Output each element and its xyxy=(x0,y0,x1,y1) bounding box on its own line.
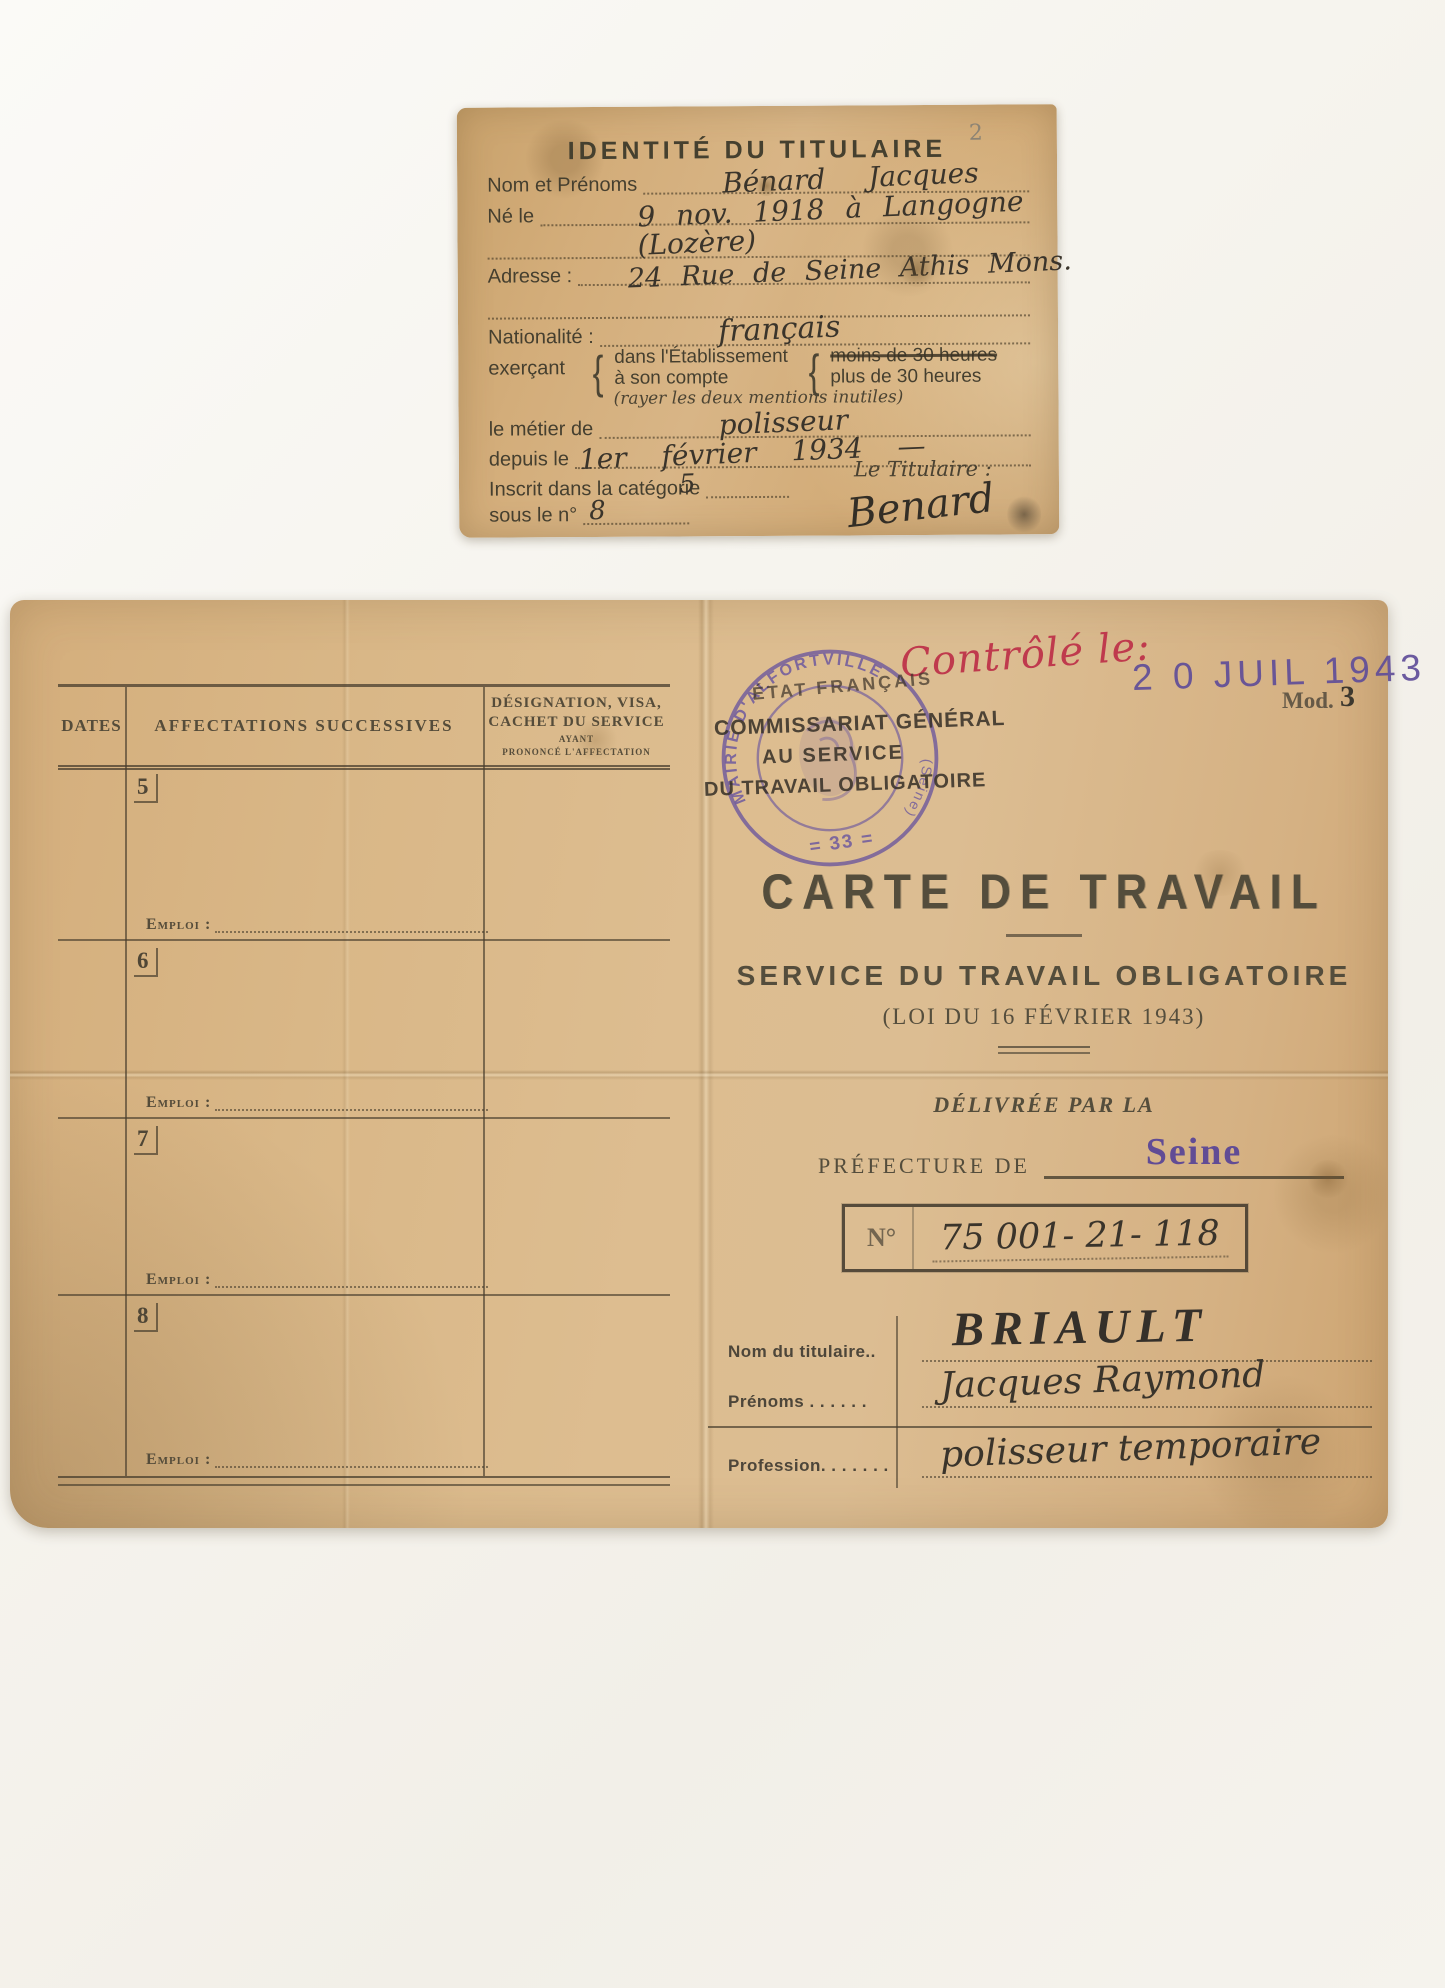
prefecture-line: Seine xyxy=(1044,1130,1344,1179)
emploi-line: Emploi : xyxy=(146,1272,488,1288)
prefecture-stamped-value: Seine xyxy=(1146,1131,1243,1173)
emploi-line: Emploi : xyxy=(146,1452,488,1468)
nationalite-label: Nationalité : xyxy=(488,327,600,348)
emploi-label: Emploi : xyxy=(146,917,215,933)
row-number: 6 xyxy=(134,948,158,977)
exercant-options: dans l'Établissement à son compte xyxy=(614,346,788,389)
numero-value-wrap: 75 001- 21- 118 xyxy=(914,1216,1245,1260)
emploi-line: Emploi : xyxy=(146,1095,488,1111)
numero-handwritten-value: 75 001- 21- 118 xyxy=(931,1213,1227,1262)
affectations-table: DATES AFFECTATIONS SUCCESSIVES DÉSIGNATI… xyxy=(58,684,670,1482)
work-card-subtitle: SERVICE DU TRAVAIL OBLIGATOIRE xyxy=(700,960,1388,992)
scanned-page-background: IDENTITÉ DU TITULAIRE 2 Nom et Prénoms B… xyxy=(0,0,1445,1988)
stain xyxy=(1007,494,1041,534)
emploi-label: Emploi : xyxy=(146,1272,215,1288)
prefecture-label: PRÉFECTURE DE xyxy=(818,1153,1044,1179)
exercant-option-compte: à son compte xyxy=(614,367,788,389)
table-header-row: DATES AFFECTATIONS SUCCESSIVES DÉSIGNATI… xyxy=(58,687,670,770)
exercant-label: exerçant xyxy=(488,357,565,380)
numero-label: N° xyxy=(845,1207,914,1269)
table-bottom-border xyxy=(58,1476,670,1486)
header-designation-line1: DÉSIGNATION, VISA, xyxy=(491,694,661,713)
prefecture-row: PRÉFECTURE DE Seine xyxy=(818,1130,1344,1179)
header-designation-line3: AYANT xyxy=(559,734,594,745)
pencil-annotation: 2 xyxy=(969,121,983,146)
exercant-option-etablissement: dans l'Établissement xyxy=(614,346,788,368)
field-sous-numero: sous le n° 8 xyxy=(489,498,689,525)
categorie-handwritten-value: 5 xyxy=(678,471,696,498)
table-row: 5 Emploi : xyxy=(58,767,670,941)
nom-handwritten-value: BRIAULT xyxy=(952,1298,1209,1357)
emploi-label: Emploi : xyxy=(146,1095,215,1111)
header-dates: DATES xyxy=(58,687,125,765)
table-row: 7 Emploi : xyxy=(58,1119,670,1296)
emploi-label: Emploi : xyxy=(146,1452,215,1468)
table-row: 8 Emploi : xyxy=(58,1296,670,1474)
law-line: (LOI DU 16 FÉVRIER 1943) xyxy=(700,1004,1388,1030)
dotted-line xyxy=(922,1476,1372,1478)
adresse-label: Adresse : xyxy=(488,266,579,287)
ne-le-label: Né le xyxy=(487,206,540,226)
label-value-divider xyxy=(896,1316,898,1488)
field-ne-le: Né le 9 nov. 1918 à Langogne xyxy=(487,197,1029,226)
delivree-line: DÉLIVRÉE PAR LA xyxy=(700,1092,1388,1118)
sous-numero-handwritten-value: 8 xyxy=(589,498,607,525)
metier-label: le métier de xyxy=(489,419,600,440)
prenoms-label: Prénoms . . . . . . xyxy=(728,1392,867,1412)
heures-option-moins: moins de 30 heures xyxy=(830,345,997,367)
row-number: 5 xyxy=(134,774,158,803)
card-number-box: N° 75 001- 21- 118 xyxy=(842,1204,1248,1272)
work-card-title: CARTE DE TRAVAIL xyxy=(700,865,1388,921)
work-card-right-page: CARTE DE TRAVAIL SERVICE DU TRAVAIL OBLI… xyxy=(700,600,1388,1528)
nationalite-handwritten-value: français xyxy=(717,312,840,347)
table-row: 6 Emploi : xyxy=(58,941,670,1119)
emploi-line: Emploi : xyxy=(146,917,488,933)
header-designation-line4: PRONONCÉ L'AFFECTATION xyxy=(502,747,650,758)
header-designation: DÉSIGNATION, VISA, CACHET DU SERVICE AYA… xyxy=(483,687,670,765)
heures-option-plus: plus de 30 heures xyxy=(830,366,997,388)
identity-card: IDENTITÉ DU TITULAIRE 2 Nom et Prénoms B… xyxy=(457,104,1060,538)
nom-titulaire-label: Nom du titulaire.. xyxy=(728,1342,876,1362)
departement-handwritten-value: (Lozère) xyxy=(637,227,757,260)
depuis-label: depuis le xyxy=(489,449,575,470)
prenoms-handwritten-value: Jacques Raymond xyxy=(939,1354,1266,1406)
work-card-document: DATES AFFECTATIONS SUCCESSIVES DÉSIGNATI… xyxy=(10,600,1388,1528)
dotted-line xyxy=(215,1274,488,1288)
dotted-line xyxy=(215,1454,488,1468)
dotted-line xyxy=(215,1097,488,1111)
profession-handwritten-value: polisseur temporaire xyxy=(939,1421,1321,1475)
row-number: 8 xyxy=(134,1303,158,1332)
field-nationalite: Nationalité : français xyxy=(488,318,1030,347)
row-number: 7 xyxy=(134,1126,158,1155)
header-designation-line2: CACHET DU SERVICE xyxy=(488,713,664,732)
sous-numero-label: sous le n° xyxy=(489,505,583,526)
divider-rule-double xyxy=(998,1046,1090,1054)
holder-signature: Benard xyxy=(845,475,997,537)
divider-rule xyxy=(1006,934,1082,937)
dotted-line xyxy=(706,470,789,499)
field-adresse: Adresse : 24 Rue de Seine Athis Mons. xyxy=(488,257,1030,286)
profession-label: Profession. . . . . . . xyxy=(728,1456,889,1476)
dotted-line xyxy=(215,919,488,933)
header-affectations: AFFECTATIONS SUCCESSIVES xyxy=(125,687,483,765)
dotted-line xyxy=(922,1406,1372,1408)
heures-options: moins de 30 heures plus de 30 heures xyxy=(830,345,997,388)
field-categorie: Inscrit dans la catégorie 5 xyxy=(489,472,789,500)
nom-label: Nom et Prénoms xyxy=(487,175,643,196)
